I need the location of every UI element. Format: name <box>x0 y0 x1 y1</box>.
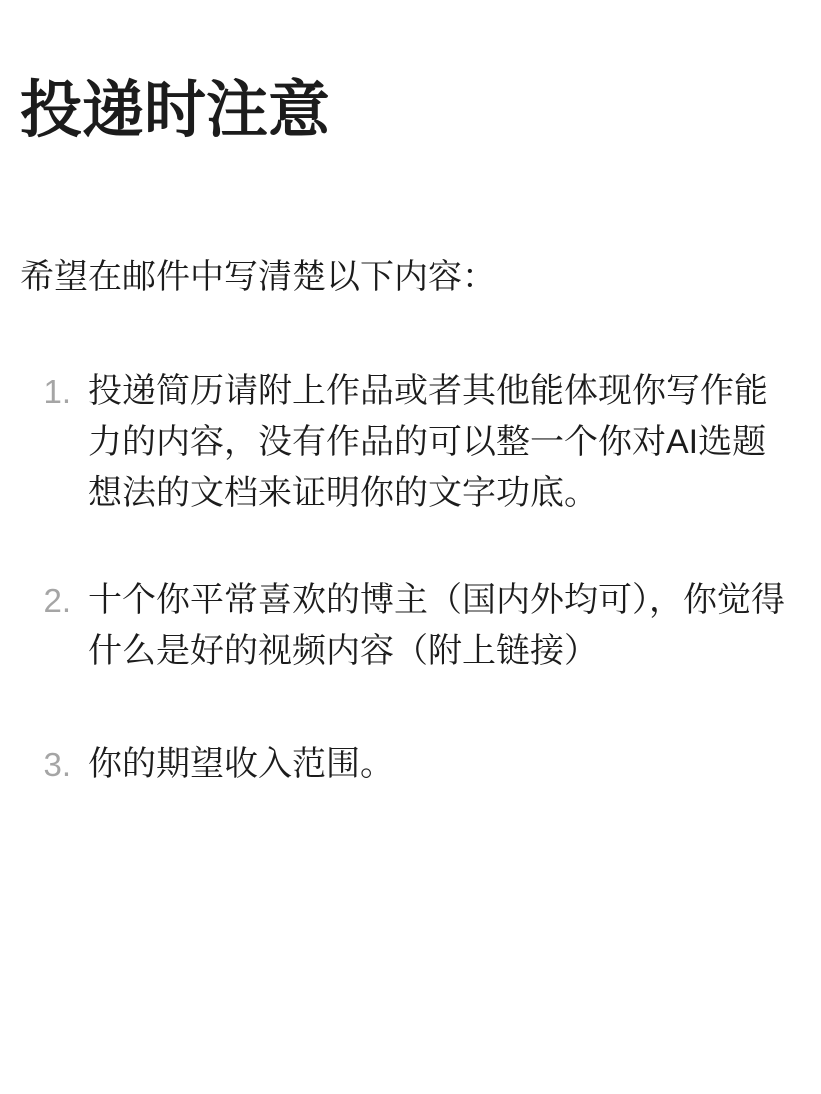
page-title: 投递时注意 <box>20 78 330 144</box>
list-item: 3. 你的期望收入范围。 <box>0 739 788 790</box>
list-item-text: 你的期望收入范围。 <box>88 745 394 783</box>
list-item: 1. 投递简历请附上作品或者其他能体现你写作能力的内容，没有作品的可以整一个你对… <box>0 366 788 519</box>
requirements-list: 1. 投递简历请附上作品或者其他能体现你写作能力的内容，没有作品的可以整一个你对… <box>0 366 788 790</box>
note-page: 投递时注意 希望在邮件中写清楚以下内容： 1. 投递简历请附上作品或者其他能体现… <box>0 0 821 1094</box>
list-item-text: 投递简历请附上作品或者其他能体现你写作能力的内容，没有作品的可以整一个你对AI选… <box>88 372 768 512</box>
list-item-number: 3. <box>0 739 71 790</box>
list-item-number: 1. <box>0 366 71 417</box>
list-item: 2. 十个你平常喜欢的博主（国内外均可），你觉得什么是好的视频内容（附上链接） <box>0 575 788 677</box>
intro-text: 希望在邮件中写清楚以下内容： <box>20 252 496 303</box>
list-item-text: 十个你平常喜欢的博主（国内外均可），你觉得什么是好的视频内容（附上链接） <box>88 581 785 670</box>
list-item-number: 2. <box>0 575 71 626</box>
